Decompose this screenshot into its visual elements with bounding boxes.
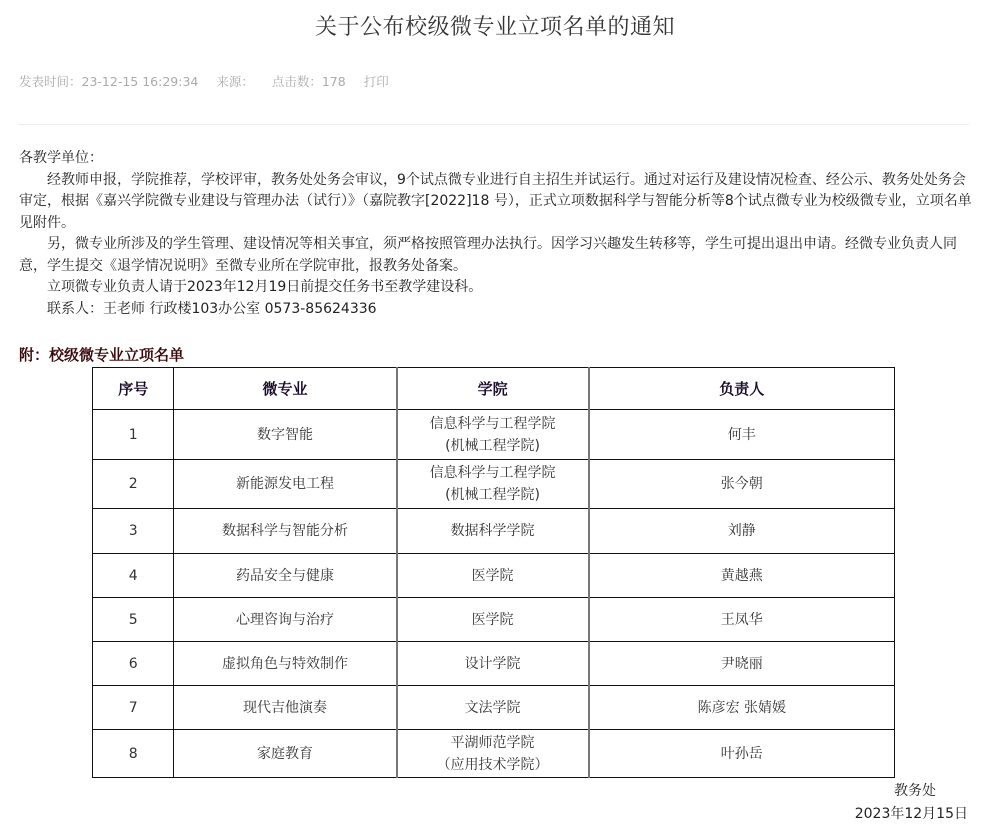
article-meta: 发表时间：23-12-15 16:29:34 来源： 点击数：178 打印 [19, 72, 403, 90]
source: 来源： [216, 74, 254, 89]
cell-college: 平湖师范学院（应用技术学院） [397, 730, 589, 778]
salutation: 各教学单位： [19, 148, 974, 170]
cell-college: 医学院 [397, 598, 589, 642]
college-line-2: （应用技术学院） [402, 754, 584, 776]
cell-lead: 黄越燕 [589, 554, 895, 598]
paragraph-3: 立项微专业负责人请于2023年12月19日前提交任务书至教学建设科。 [19, 277, 974, 299]
cell-no: 4 [93, 554, 174, 598]
college-line-1: 信息科学与工程学院 [402, 413, 584, 435]
publish-time: 发表时间：23-12-15 16:29:34 [19, 74, 198, 89]
cell-no: 1 [93, 410, 174, 460]
cell-lead: 叶孙岳 [589, 730, 895, 778]
table-row: 1 数字智能 信息科学与工程学院(机械工程学院) 何丰 [93, 410, 895, 460]
cell-major: 药品安全与健康 [174, 554, 397, 598]
cell-no: 7 [93, 686, 174, 730]
cell-no: 6 [93, 642, 174, 686]
cell-lead: 王凤华 [589, 598, 895, 642]
appendix-title: 附：校级微专业立项名单 [19, 344, 184, 365]
signature-date: 2023年12月15日 [855, 803, 968, 823]
signature: 教务处 [894, 780, 936, 800]
cell-college: 文法学院 [397, 686, 589, 730]
table-header-row: 序号 微专业 学院 负责人 [93, 368, 895, 410]
header-lead: 负责人 [589, 368, 895, 410]
table-row: 2 新能源发电工程 信息科学与工程学院(机械工程学院) 张今朝 [93, 460, 895, 509]
table-row: 3 数据科学与智能分析 数据科学学院 刘静 [93, 509, 895, 554]
cell-college: 信息科学与工程学院(机械工程学院) [397, 460, 589, 509]
table-row: 7 现代吉他演奏 文法学院 陈彦宏 张婧媛 [93, 686, 895, 730]
header-college: 学院 [397, 368, 589, 410]
college-line-2: (机械工程学院) [402, 435, 584, 457]
cell-no: 5 [93, 598, 174, 642]
paragraph-2: 另，微专业所涉及的学生管理、建设情况等相关事宜，须严格按照管理办法执行。因学习兴… [19, 234, 974, 277]
cell-major: 家庭教育 [174, 730, 397, 778]
cell-major: 虚拟角色与特效制作 [174, 642, 397, 686]
print-link[interactable]: 打印 [364, 74, 389, 89]
college-line-1: 信息科学与工程学院 [402, 462, 584, 484]
table-row: 8 家庭教育 平湖师范学院（应用技术学院） 叶孙岳 [93, 730, 895, 778]
cell-lead: 刘静 [589, 509, 895, 554]
college-line-2: (机械工程学院) [402, 484, 584, 506]
cell-lead: 张今朝 [589, 460, 895, 509]
cell-lead: 尹晓丽 [589, 642, 895, 686]
paragraph-1: 经教师申报，学院推荐，学校评审，教务处处务会审议，9个试点微专业进行自主招生并试… [19, 170, 974, 235]
page-title: 关于公布校级微专业立项名单的通知 [0, 10, 990, 41]
table-row: 4 药品安全与健康 医学院 黄越燕 [93, 554, 895, 598]
cell-major: 现代吉他演奏 [174, 686, 397, 730]
cell-no: 3 [93, 509, 174, 554]
cell-lead: 陈彦宏 张婧媛 [589, 686, 895, 730]
cell-no: 8 [93, 730, 174, 778]
cell-college: 医学院 [397, 554, 589, 598]
micro-major-table: 序号 微专业 学院 负责人 1 数字智能 信息科学与工程学院(机械工程学院) 何… [92, 367, 895, 778]
college-line-1: 平湖师范学院 [402, 732, 584, 754]
click-count: 点击数：178 [272, 74, 346, 89]
article-body: 各教学单位： 经教师申报，学院推荐，学校评审，教务处处务会审议，9个试点微专业进… [19, 148, 974, 320]
cell-college: 信息科学与工程学院(机械工程学院) [397, 410, 589, 460]
header-major: 微专业 [174, 368, 397, 410]
header-no: 序号 [93, 368, 174, 410]
cell-major: 新能源发电工程 [174, 460, 397, 509]
table-row: 6 虚拟角色与特效制作 设计学院 尹晓丽 [93, 642, 895, 686]
table-row: 5 心理咨询与治疗 医学院 王凤华 [93, 598, 895, 642]
cell-major: 数字智能 [174, 410, 397, 460]
contact-info: 联系人：王老师 行政楼103办公室 0573-85624336 [19, 299, 974, 321]
cell-college: 数据科学学院 [397, 509, 589, 554]
cell-major: 心理咨询与治疗 [174, 598, 397, 642]
cell-no: 2 [93, 460, 174, 509]
cell-lead: 何丰 [589, 410, 895, 460]
divider [19, 124, 969, 125]
cell-major: 数据科学与智能分析 [174, 509, 397, 554]
cell-college: 设计学院 [397, 642, 589, 686]
